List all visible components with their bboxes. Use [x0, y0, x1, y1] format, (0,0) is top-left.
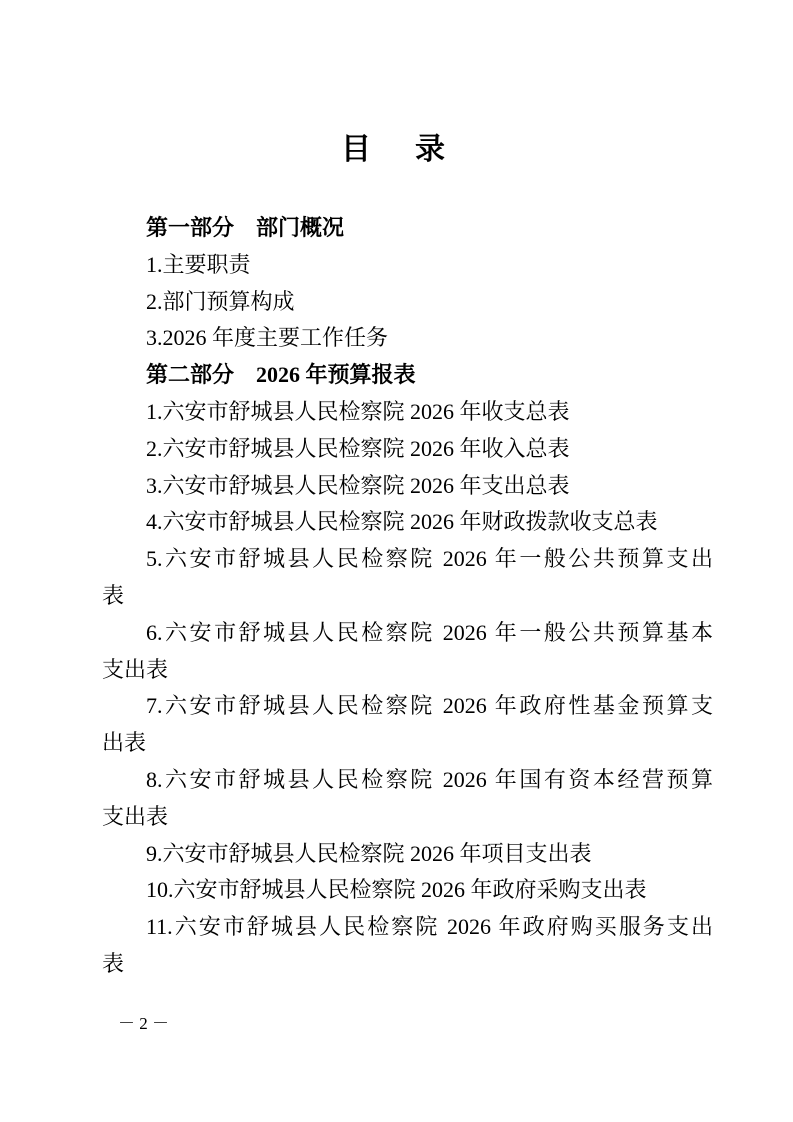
toc-item: 9.六安市舒城县人民检察院 2026 年项目支出表	[102, 836, 713, 873]
toc-item: 2.六安市舒城县人民检察院 2026 年收入总表	[102, 431, 713, 468]
toc-item: 2.部门预算构成	[102, 284, 713, 321]
toc-item: 1.主要职责	[102, 247, 713, 284]
toc-item: 3.2026 年度主要工作任务	[102, 320, 713, 357]
toc-item: 6.六安市舒城县人民检察院 2026 年一般公共预算基本	[102, 615, 713, 652]
toc-item-continuation: 支出表	[102, 652, 713, 689]
table-of-contents: 第一部分 部门概况1.主要职责2.部门预算构成3.2026 年度主要工作任务第二…	[0, 210, 793, 983]
toc-item: 8.六安市舒城县人民检察院 2026 年国有资本经营预算	[102, 762, 713, 799]
toc-item-continuation: 表	[102, 946, 713, 983]
toc-item-continuation: 表	[102, 578, 713, 615]
toc-item-continuation: 出表	[102, 725, 713, 762]
toc-item: 5.六安市舒城县人民检察院 2026 年一般公共预算支出	[102, 541, 713, 578]
page-title: 目 录	[0, 0, 793, 166]
document-page: { "document": { "title": "目 录", "toc": {…	[0, 0, 793, 1122]
toc-item: 1.六安市舒城县人民检察院 2026 年收支总表	[102, 394, 713, 431]
toc-item: 11.六安市舒城县人民检察院 2026 年政府购买服务支出	[102, 909, 713, 946]
toc-section-heading: 第一部分 部门概况	[102, 210, 713, 247]
toc-item: 7.六安市舒城县人民检察院 2026 年政府性基金预算支	[102, 688, 713, 725]
page-number: － 2 －	[118, 1014, 169, 1034]
toc-section-heading: 第二部分 2026 年预算报表	[102, 357, 713, 394]
toc-item: 10.六安市舒城县人民检察院 2026 年政府采购支出表	[102, 872, 713, 909]
toc-item: 3.六安市舒城县人民检察院 2026 年支出总表	[102, 468, 713, 505]
toc-item: 4.六安市舒城县人民检察院 2026 年财政拨款收支总表	[102, 504, 713, 541]
toc-item-continuation: 支出表	[102, 799, 713, 836]
